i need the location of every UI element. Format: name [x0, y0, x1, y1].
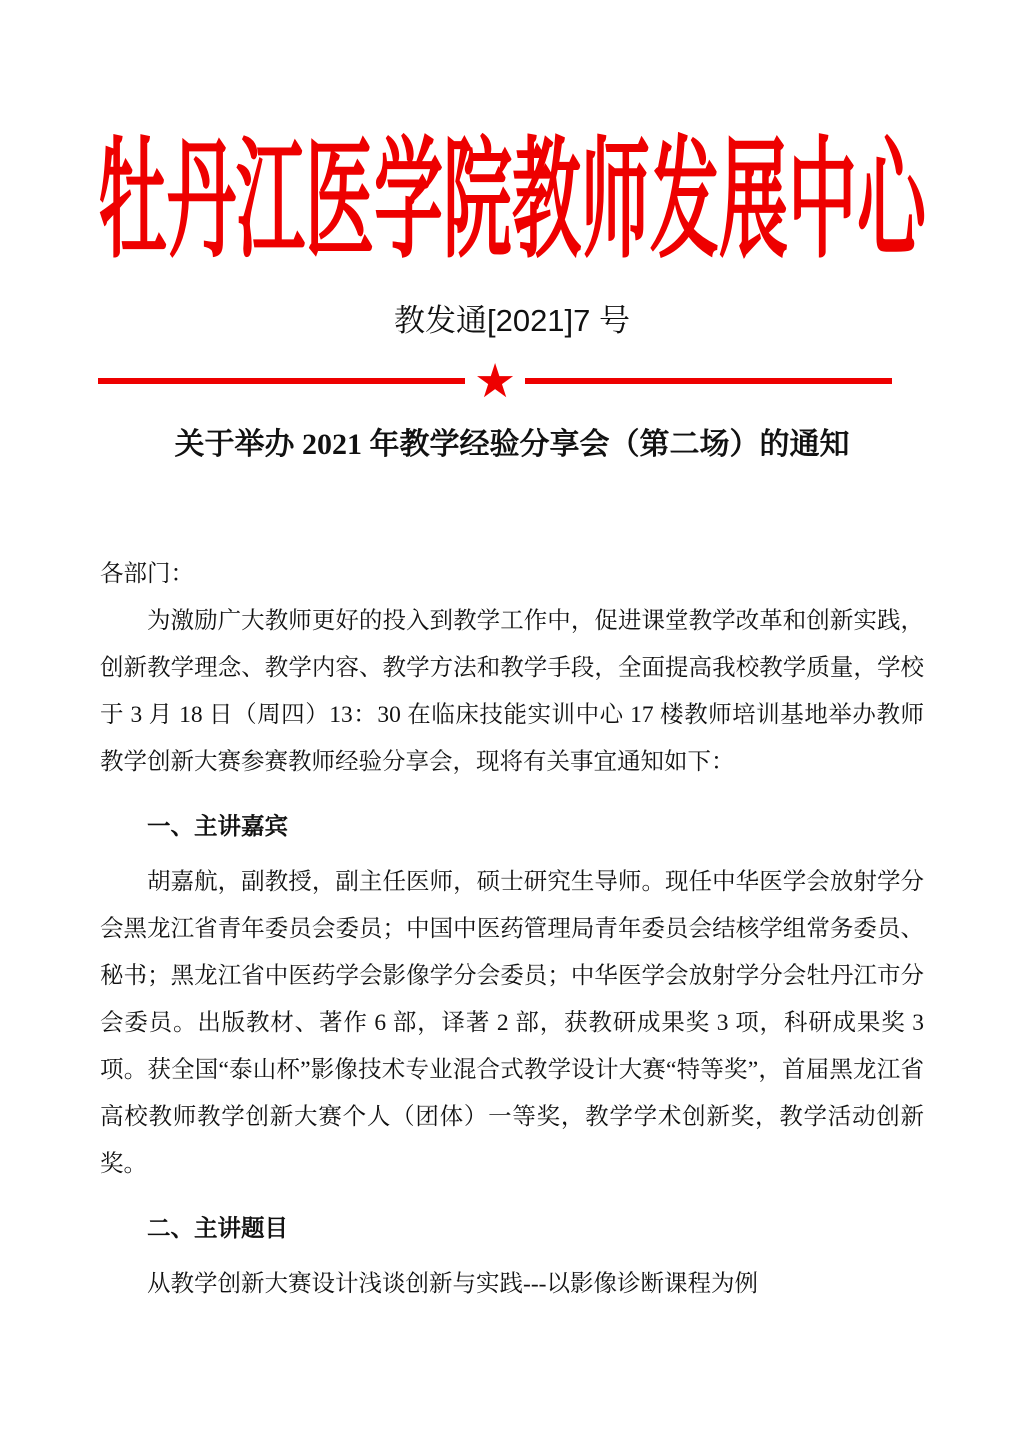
notice-title: 关于举办 2021 年教学经验分享会（第二场）的通知 — [0, 425, 1024, 465]
paragraph-speaker-bio: 胡嘉航，副教授，副主任医师，硕士研究生导师。现任中华医学会放射学分会黑龙江省青年… — [100, 859, 924, 1188]
paragraph-topic: 从教学创新大赛设计浅谈创新与实践---以影像诊断课程为例 — [100, 1261, 924, 1308]
salutation: 各部门： — [100, 551, 924, 598]
star-icon: ★ — [474, 358, 516, 405]
divider-line-right — [525, 378, 892, 384]
section-heading-speaker: 一、主讲嘉宾 — [100, 804, 924, 851]
document-page: 牡丹江医学院教师发展中心 教发通[2021]7 号 ★ 关于举办 2021 年教… — [0, 0, 1024, 1448]
section-heading-topic: 二、主讲题目 — [100, 1206, 924, 1253]
red-divider: ★ — [98, 357, 892, 405]
doc-number: 教发通[2021]7 号 — [0, 301, 1024, 341]
paragraph-intro: 为激励广大教师更好的投入到教学工作中，促进课堂教学改革和创新实践，创新教学理念、… — [100, 598, 924, 786]
divider-line-left — [98, 378, 465, 384]
org-title: 牡丹江医学院教师发展中心 — [98, 137, 926, 268]
letterhead: 牡丹江医学院教师发展中心 — [0, 130, 1024, 275]
document-body: 各部门： 为激励广大教师更好的投入到教学工作中，促进课堂教学改革和创新实践，创新… — [0, 551, 1024, 1308]
